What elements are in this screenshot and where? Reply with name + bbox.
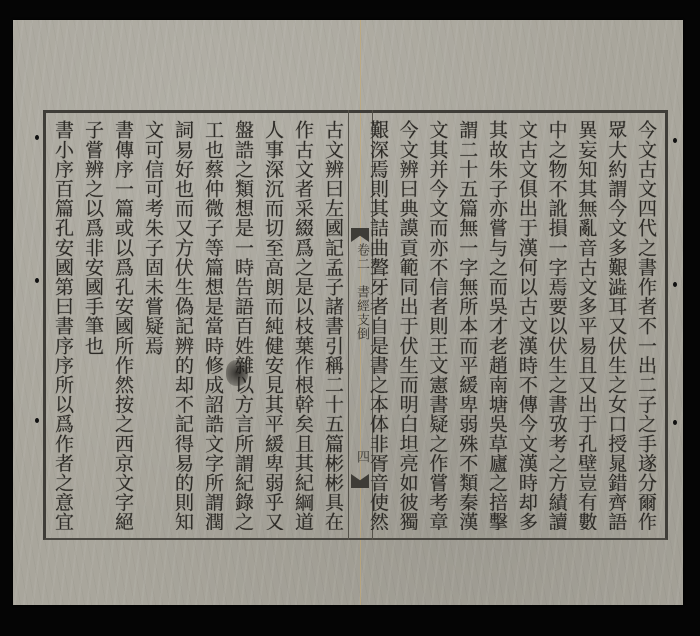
text-column: 眾大約謂今文多艱澁耳又伏生之女口授晁錯齊語共頴川: [601, 120, 631, 530]
binding-hole: [35, 135, 39, 140]
text-column: 文古文俱出于漢何以古文漢時不傳今文漢時却多傳者此: [512, 120, 542, 530]
binding-hole: [673, 420, 677, 425]
book-page-spread: 卷二 書經支倒 四 今文古文四代之書作者不一出二子之手遂分爾作故方者甚 眾大約謂…: [13, 20, 683, 605]
text-column: 文可信可考朱子固未嘗疑焉: [138, 120, 168, 530]
text-column: 中之物不訛損一字焉要以伏生之書攷考之方績讀得況今: [542, 120, 572, 530]
banxin-rule: [348, 110, 349, 540]
text-column: 其故朱子亦嘗与之而吳才老趙南塘吳草廬之掊擊古文至: [482, 120, 512, 530]
text-column: 文其并今文而亦不信者則王文憲書疑之作嘗考章如愚爲: [423, 120, 453, 530]
text-column: 工也蔡仲微子等篇想是當時修成詔誥文字所謂潤色之雅: [198, 120, 228, 530]
text-column: 古文辨曰左國記孟子諸書引稱二十五篇彬彬具在今謂: [318, 120, 348, 530]
ink-stain: [226, 360, 248, 386]
text-column: 子嘗辨之以爲非安國手筆也: [78, 120, 108, 530]
text-column: 人事深沉而切至高朗而純健安見其平緩卑弱乎又朱子曰: [258, 120, 288, 530]
text-column: 今文辨曰典謨貢範同出于伏生而明白坦亮如彼獨盤誥有: [393, 120, 423, 530]
binding-hole: [673, 138, 677, 143]
text-column: 謂二十五篇無一字無所本而平緩卑弱殊不類秦漢以前之: [452, 120, 482, 530]
text-column: 書傳序一篇或以爲孔安國所作然按之西京文字絕不相類朱: [108, 120, 138, 530]
binding-hole: [35, 418, 39, 423]
text-column: 盤誥之類想是一時告語百姓雜以方言所謂紀錄之冗語難: [228, 120, 258, 530]
text-column: 今文古文四代之書作者不一出二子之手遂分爾作故方者甚: [631, 120, 661, 530]
text-column: 詞易好也而又方伏生偽記辨的却不記得易的則知古文今: [168, 120, 198, 530]
binding-hole: [673, 282, 677, 287]
text-column: 異妄知其無亂音古文多平易且又出于孔壁豈有數百年壁: [572, 120, 602, 530]
text-column: 書小序百篇孔安國第曰書序序所以爲作者之意宜別之以冠: [48, 120, 78, 530]
text-column: 艱深焉則其詰曲聱牙者自是書之本体非胥音使然陳第爲: [363, 120, 393, 530]
right-leaf-text: 今文古文四代之書作者不一出二子之手遂分爾作故方者甚 眾大約謂今文多艱澁耳又伏生之…: [363, 120, 661, 530]
binding-hole: [35, 278, 39, 283]
left-leaf-text: 古文辨曰左國記孟子諸書引稱二十五篇彬彬具在今謂 作古文者采綴爲之是以枝葉作根幹矣…: [48, 120, 348, 530]
text-column: 作古文者采綴爲之是以枝葉作根幹矣且其紀綱道德經緯: [288, 120, 318, 530]
